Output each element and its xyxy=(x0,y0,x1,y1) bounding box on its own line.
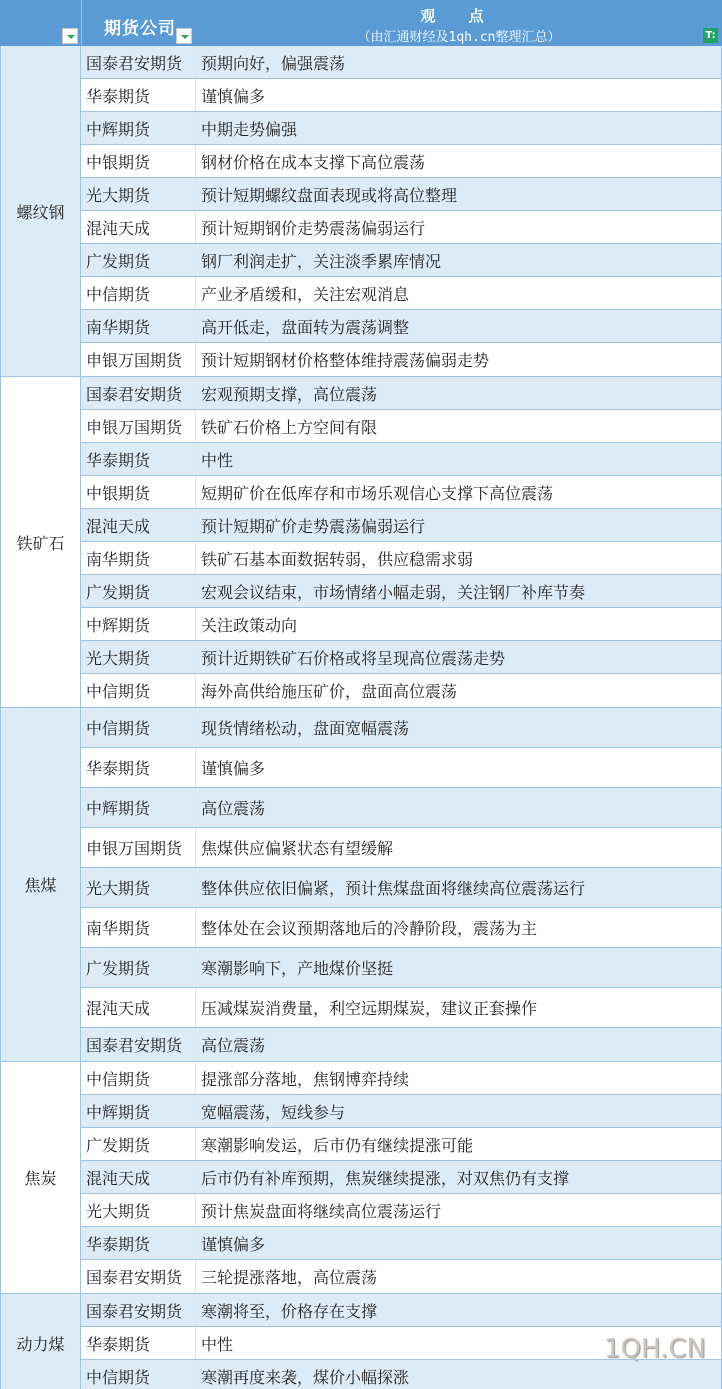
header-category-cell xyxy=(0,0,81,45)
table-row[interactable]: 华泰期货谨慎偏多 xyxy=(81,79,722,112)
table-row[interactable]: 中辉期货宽幅震荡，短线参与 xyxy=(81,1095,722,1128)
view-cell[interactable]: 谨慎偏多 xyxy=(196,748,722,787)
group-rebar: 螺纹钢 国泰君安期货预期向好，偏强震荡 华泰期货谨慎偏多 中辉期货中期走势偏强 … xyxy=(0,46,722,377)
table-row[interactable]: 中银期货短期矿价在低库存和市场乐观信心支撑下高位震荡 xyxy=(81,476,722,509)
view-cell[interactable]: 谨慎偏多 xyxy=(196,79,722,111)
company-cell[interactable]: 广发期货 xyxy=(81,948,196,987)
view-cell[interactable]: 铁矿石基本面数据转弱，供应稳需求弱 xyxy=(196,542,722,574)
table-row[interactable]: 南华期货高开低走，盘面转为震荡调整 xyxy=(81,310,722,343)
company-cell[interactable]: 南华期货 xyxy=(81,310,196,342)
view-cell[interactable]: 预期向好，偏强震荡 xyxy=(196,46,722,78)
company-cell[interactable]: 光大期货 xyxy=(81,178,196,210)
table-row[interactable]: 华泰期货谨慎偏多 xyxy=(81,748,722,788)
view-cell[interactable]: 整体供应依旧偏紧，预计焦煤盘面将继续高位震荡运行 xyxy=(196,868,722,907)
view-cell[interactable]: 提涨部分落地，焦钢博弈持续 xyxy=(196,1062,722,1094)
company-cell[interactable]: 中辉期货 xyxy=(81,608,196,640)
view-cell[interactable]: 压减煤炭消费量，利空远期煤炭，建议正套操作 xyxy=(196,988,722,1027)
table-row[interactable]: 中信期货寒潮再度来袭，煤价小幅探涨 xyxy=(81,1360,722,1389)
company-cell[interactable]: 中辉期货 xyxy=(81,1095,196,1127)
category-filter-dropdown-icon[interactable] xyxy=(62,28,78,44)
table-row[interactable]: 混沌天成后市仍有补库预期，焦炭继续提涨，对双焦仍有支撑 xyxy=(81,1161,722,1194)
company-cell[interactable]: 华泰期货 xyxy=(81,79,196,111)
group-label: 铁矿石 xyxy=(0,377,81,707)
company-cell[interactable]: 光大期货 xyxy=(81,868,196,907)
view-cell[interactable]: 寒潮影响发运，后市仍有继续提涨可能 xyxy=(196,1128,722,1160)
group-coking-coal: 焦煤 中信期货现货情绪松动，盘面宽幅震荡 华泰期货谨慎偏多 中辉期货高位震荡 申… xyxy=(0,708,722,1062)
group-coke: 焦炭 中信期货提涨部分落地，焦钢博弈持续 中辉期货宽幅震荡，短线参与 广发期货寒… xyxy=(0,1062,722,1294)
table-row[interactable]: 广发期货寒潮影响下，产地煤价坚挺 xyxy=(81,948,722,988)
view-cell[interactable]: 寒潮将至，价格存在支撑 xyxy=(196,1294,722,1326)
view-cell[interactable]: 关注政策动向 xyxy=(196,608,722,640)
table-row[interactable]: 华泰期货谨慎偏多 xyxy=(81,1227,722,1260)
header-view-title: 观 点 xyxy=(196,5,722,26)
view-cell[interactable]: 海外高供给施压矿价，盘面高位震荡 xyxy=(196,674,722,707)
group-iron-ore: 铁矿石 国泰君安期货宏观预期支撑，高位震荡 申银万国期货铁矿石价格上方空间有限 … xyxy=(0,377,722,708)
company-cell[interactable]: 光大期货 xyxy=(81,1194,196,1226)
view-cell[interactable]: 现货情绪松动，盘面宽幅震荡 xyxy=(196,708,722,747)
company-cell[interactable]: 中信期货 xyxy=(81,674,196,707)
table-row[interactable]: 申银万国期货铁矿石价格上方空间有限 xyxy=(81,410,722,443)
company-cell[interactable]: 中信期货 xyxy=(81,1062,196,1094)
view-cell[interactable]: 短期矿价在低库存和市场乐观信心支撑下高位震荡 xyxy=(196,476,722,508)
view-cell[interactable]: 预计近期铁矿石价格或将呈现高位震荡走势 xyxy=(196,641,722,673)
company-cell[interactable]: 南华期货 xyxy=(81,542,196,574)
company-cell[interactable]: 光大期货 xyxy=(81,641,196,673)
group-label: 焦煤 xyxy=(0,708,81,1061)
view-cell[interactable]: 中性 xyxy=(196,443,722,475)
table-row[interactable]: 南华期货铁矿石基本面数据转弱，供应稳需求弱 xyxy=(81,542,722,575)
view-cell[interactable]: 寒潮影响下，产地煤价坚挺 xyxy=(196,948,722,987)
table-row[interactable]: 混沌天成压减煤炭消费量，利空远期煤炭，建议正套操作 xyxy=(81,988,722,1028)
company-cell[interactable]: 华泰期货 xyxy=(81,748,196,787)
group-label: 动力煤 xyxy=(0,1294,81,1389)
view-cell[interactable]: 钢材价格在成本支撑下高位震荡 xyxy=(196,145,722,177)
view-cell[interactable]: 三轮提涨落地，高位震荡 xyxy=(196,1260,722,1293)
table-row[interactable]: 光大期货预计短期螺纹盘面表现或将高位整理 xyxy=(81,178,722,211)
table-row[interactable]: 中辉期货关注政策动向 xyxy=(81,608,722,641)
view-cell[interactable]: 宽幅震荡，短线参与 xyxy=(196,1095,722,1127)
company-cell[interactable]: 中辉期货 xyxy=(81,788,196,827)
view-cell[interactable]: 预计短期螺纹盘面表现或将高位整理 xyxy=(196,178,722,210)
company-cell[interactable]: 中辉期货 xyxy=(81,112,196,144)
view-cell[interactable]: 寒潮再度来袭，煤价小幅探涨 xyxy=(196,1360,722,1389)
group-label: 螺纹钢 xyxy=(0,46,81,376)
view-cell[interactable]: 中期走势偏强 xyxy=(196,112,722,144)
view-cell[interactable]: 谨慎偏多 xyxy=(196,1227,722,1259)
table-row[interactable]: 广发期货寒潮影响发运，后市仍有继续提涨可能 xyxy=(81,1128,722,1161)
view-cell[interactable]: 整体处在会议预期落地后的冷静阶段，震荡为主 xyxy=(196,908,722,947)
table-row[interactable]: 混沌天成预计短期矿价走势震荡偏弱运行 xyxy=(81,509,722,542)
company-cell[interactable]: 广发期货 xyxy=(81,244,196,276)
table-row[interactable]: 国泰君安期货宏观预期支撑，高位震荡 xyxy=(81,377,722,410)
company-cell[interactable]: 南华期货 xyxy=(81,908,196,947)
futures-opinion-sheet: 期货公司 观 点 （由汇通财经及1qh.cn整理汇总） T: 螺纹钢 国泰君安期… xyxy=(0,0,722,1389)
view-cell[interactable]: 预计短期矿价走势震荡偏弱运行 xyxy=(196,509,722,541)
company-cell[interactable]: 华泰期货 xyxy=(81,1327,196,1359)
company-cell[interactable]: 中信期货 xyxy=(81,277,196,309)
table-row[interactable]: 国泰君安期货三轮提涨落地，高位震荡 xyxy=(81,1260,722,1293)
view-cell[interactable]: 钢厂利润走扩，关注淡季累库情况 xyxy=(196,244,722,276)
active-filter-icon[interactable]: T: xyxy=(703,28,718,43)
company-cell[interactable]: 国泰君安期货 xyxy=(81,377,196,409)
company-cell[interactable]: 混沌天成 xyxy=(81,509,196,541)
table-header: 期货公司 观 点 （由汇通财经及1qh.cn整理汇总） T: xyxy=(0,0,722,46)
view-cell[interactable]: 预计焦炭盘面将继续高位震荡运行 xyxy=(196,1194,722,1226)
company-cell[interactable]: 申银万国期货 xyxy=(81,410,196,442)
view-cell[interactable]: 产业矛盾缓和，关注宏观消息 xyxy=(196,277,722,309)
table-row[interactable]: 光大期货整体供应依旧偏紧，预计焦煤盘面将继续高位震荡运行 xyxy=(81,868,722,908)
table-row[interactable]: 中信期货现货情绪松动，盘面宽幅震荡 xyxy=(81,708,722,748)
view-cell[interactable]: 宏观会议结束，市场情绪小幅走弱，关注钢厂补库节奏 xyxy=(196,575,722,607)
table-row[interactable]: 中银期货钢材价格在成本支撑下高位震荡 xyxy=(81,145,722,178)
company-cell[interactable]: 中信期货 xyxy=(81,708,196,747)
company-cell[interactable]: 申银万国期货 xyxy=(81,343,196,376)
view-cell[interactable]: 预计短期钢价走势震荡偏弱运行 xyxy=(196,211,722,243)
company-cell[interactable]: 广发期货 xyxy=(81,1128,196,1160)
header-company-label: 期货公司 xyxy=(104,14,176,39)
view-cell[interactable]: 高位震荡 xyxy=(196,788,722,827)
table-row[interactable]: 申银万国期货焦煤供应偏紧状态有望缓解 xyxy=(81,828,722,868)
group-label: 焦炭 xyxy=(0,1062,81,1293)
table-row[interactable]: 广发期货钢厂利润走扩，关注淡季累库情况 xyxy=(81,244,722,277)
company-cell[interactable]: 混沌天成 xyxy=(81,211,196,243)
table-row[interactable]: 申银万国期货预计短期钢材价格整体维持震荡偏弱走势 xyxy=(81,343,722,376)
header-view-cell: 观 点 （由汇通财经及1qh.cn整理汇总） T: xyxy=(196,0,722,45)
company-cell[interactable]: 广发期货 xyxy=(81,575,196,607)
company-cell[interactable]: 混沌天成 xyxy=(81,1161,196,1193)
table-row[interactable]: 光大期货预计近期铁矿石价格或将呈现高位震荡走势 xyxy=(81,641,722,674)
table-row[interactable]: 国泰君安期货预期向好，偏强震荡 xyxy=(81,46,722,79)
view-cell[interactable]: 铁矿石价格上方空间有限 xyxy=(196,410,722,442)
table-row[interactable]: 中信期货提涨部分落地，焦钢博弈持续 xyxy=(81,1062,722,1095)
company-cell[interactable]: 中银期货 xyxy=(81,145,196,177)
table-row[interactable]: 广发期货宏观会议结束，市场情绪小幅走弱，关注钢厂补库节奏 xyxy=(81,575,722,608)
table-row[interactable]: 中辉期货高位震荡 xyxy=(81,788,722,828)
company-cell[interactable]: 中信期货 xyxy=(81,1360,196,1389)
view-cell[interactable]: 焦煤供应偏紧状态有望缓解 xyxy=(196,828,722,867)
table-row[interactable]: 光大期货预计焦炭盘面将继续高位震荡运行 xyxy=(81,1194,722,1227)
company-cell[interactable]: 国泰君安期货 xyxy=(81,1028,196,1061)
company-cell[interactable]: 华泰期货 xyxy=(81,1227,196,1259)
view-cell[interactable]: 预计短期钢材价格整体维持震荡偏弱走势 xyxy=(196,343,722,376)
company-cell[interactable]: 混沌天成 xyxy=(81,988,196,1027)
header-view-subtitle: （由汇通财经及1qh.cn整理汇总） xyxy=(196,26,722,45)
table-row[interactable]: 南华期货整体处在会议预期落地后的冷静阶段，震荡为主 xyxy=(81,908,722,948)
watermark-logo: 1QH.CN xyxy=(604,1334,706,1364)
company-cell[interactable]: 国泰君安期货 xyxy=(81,1294,196,1326)
view-cell[interactable]: 宏观预期支撑，高位震荡 xyxy=(196,377,722,409)
view-cell[interactable]: 高开低走，盘面转为震荡调整 xyxy=(196,310,722,342)
table-row[interactable]: 中辉期货中期走势偏强 xyxy=(81,112,722,145)
table-row[interactable]: 国泰君安期货寒潮将至，价格存在支撑 xyxy=(81,1294,722,1327)
view-cell[interactable]: 高位震荡 xyxy=(196,1028,722,1061)
table-row[interactable]: 中信期货海外高供给施压矿价，盘面高位震荡 xyxy=(81,674,722,707)
table-row[interactable]: 混沌天成预计短期钢价走势震荡偏弱运行 xyxy=(81,211,722,244)
view-cell[interactable]: 后市仍有补库预期，焦炭继续提涨，对双焦仍有支撑 xyxy=(196,1161,722,1193)
table-row[interactable]: 华泰期货中性 xyxy=(81,443,722,476)
company-cell[interactable]: 国泰君安期货 xyxy=(81,1260,196,1293)
table-row[interactable]: 国泰君安期货高位震荡 xyxy=(81,1028,722,1061)
company-cell[interactable]: 国泰君安期货 xyxy=(81,46,196,78)
company-cell[interactable]: 华泰期货 xyxy=(81,443,196,475)
company-filter-dropdown-icon[interactable] xyxy=(176,28,192,44)
company-cell[interactable]: 中银期货 xyxy=(81,476,196,508)
company-cell[interactable]: 申银万国期货 xyxy=(81,828,196,867)
table-row[interactable]: 中信期货产业矛盾缓和，关注宏观消息 xyxy=(81,277,722,310)
